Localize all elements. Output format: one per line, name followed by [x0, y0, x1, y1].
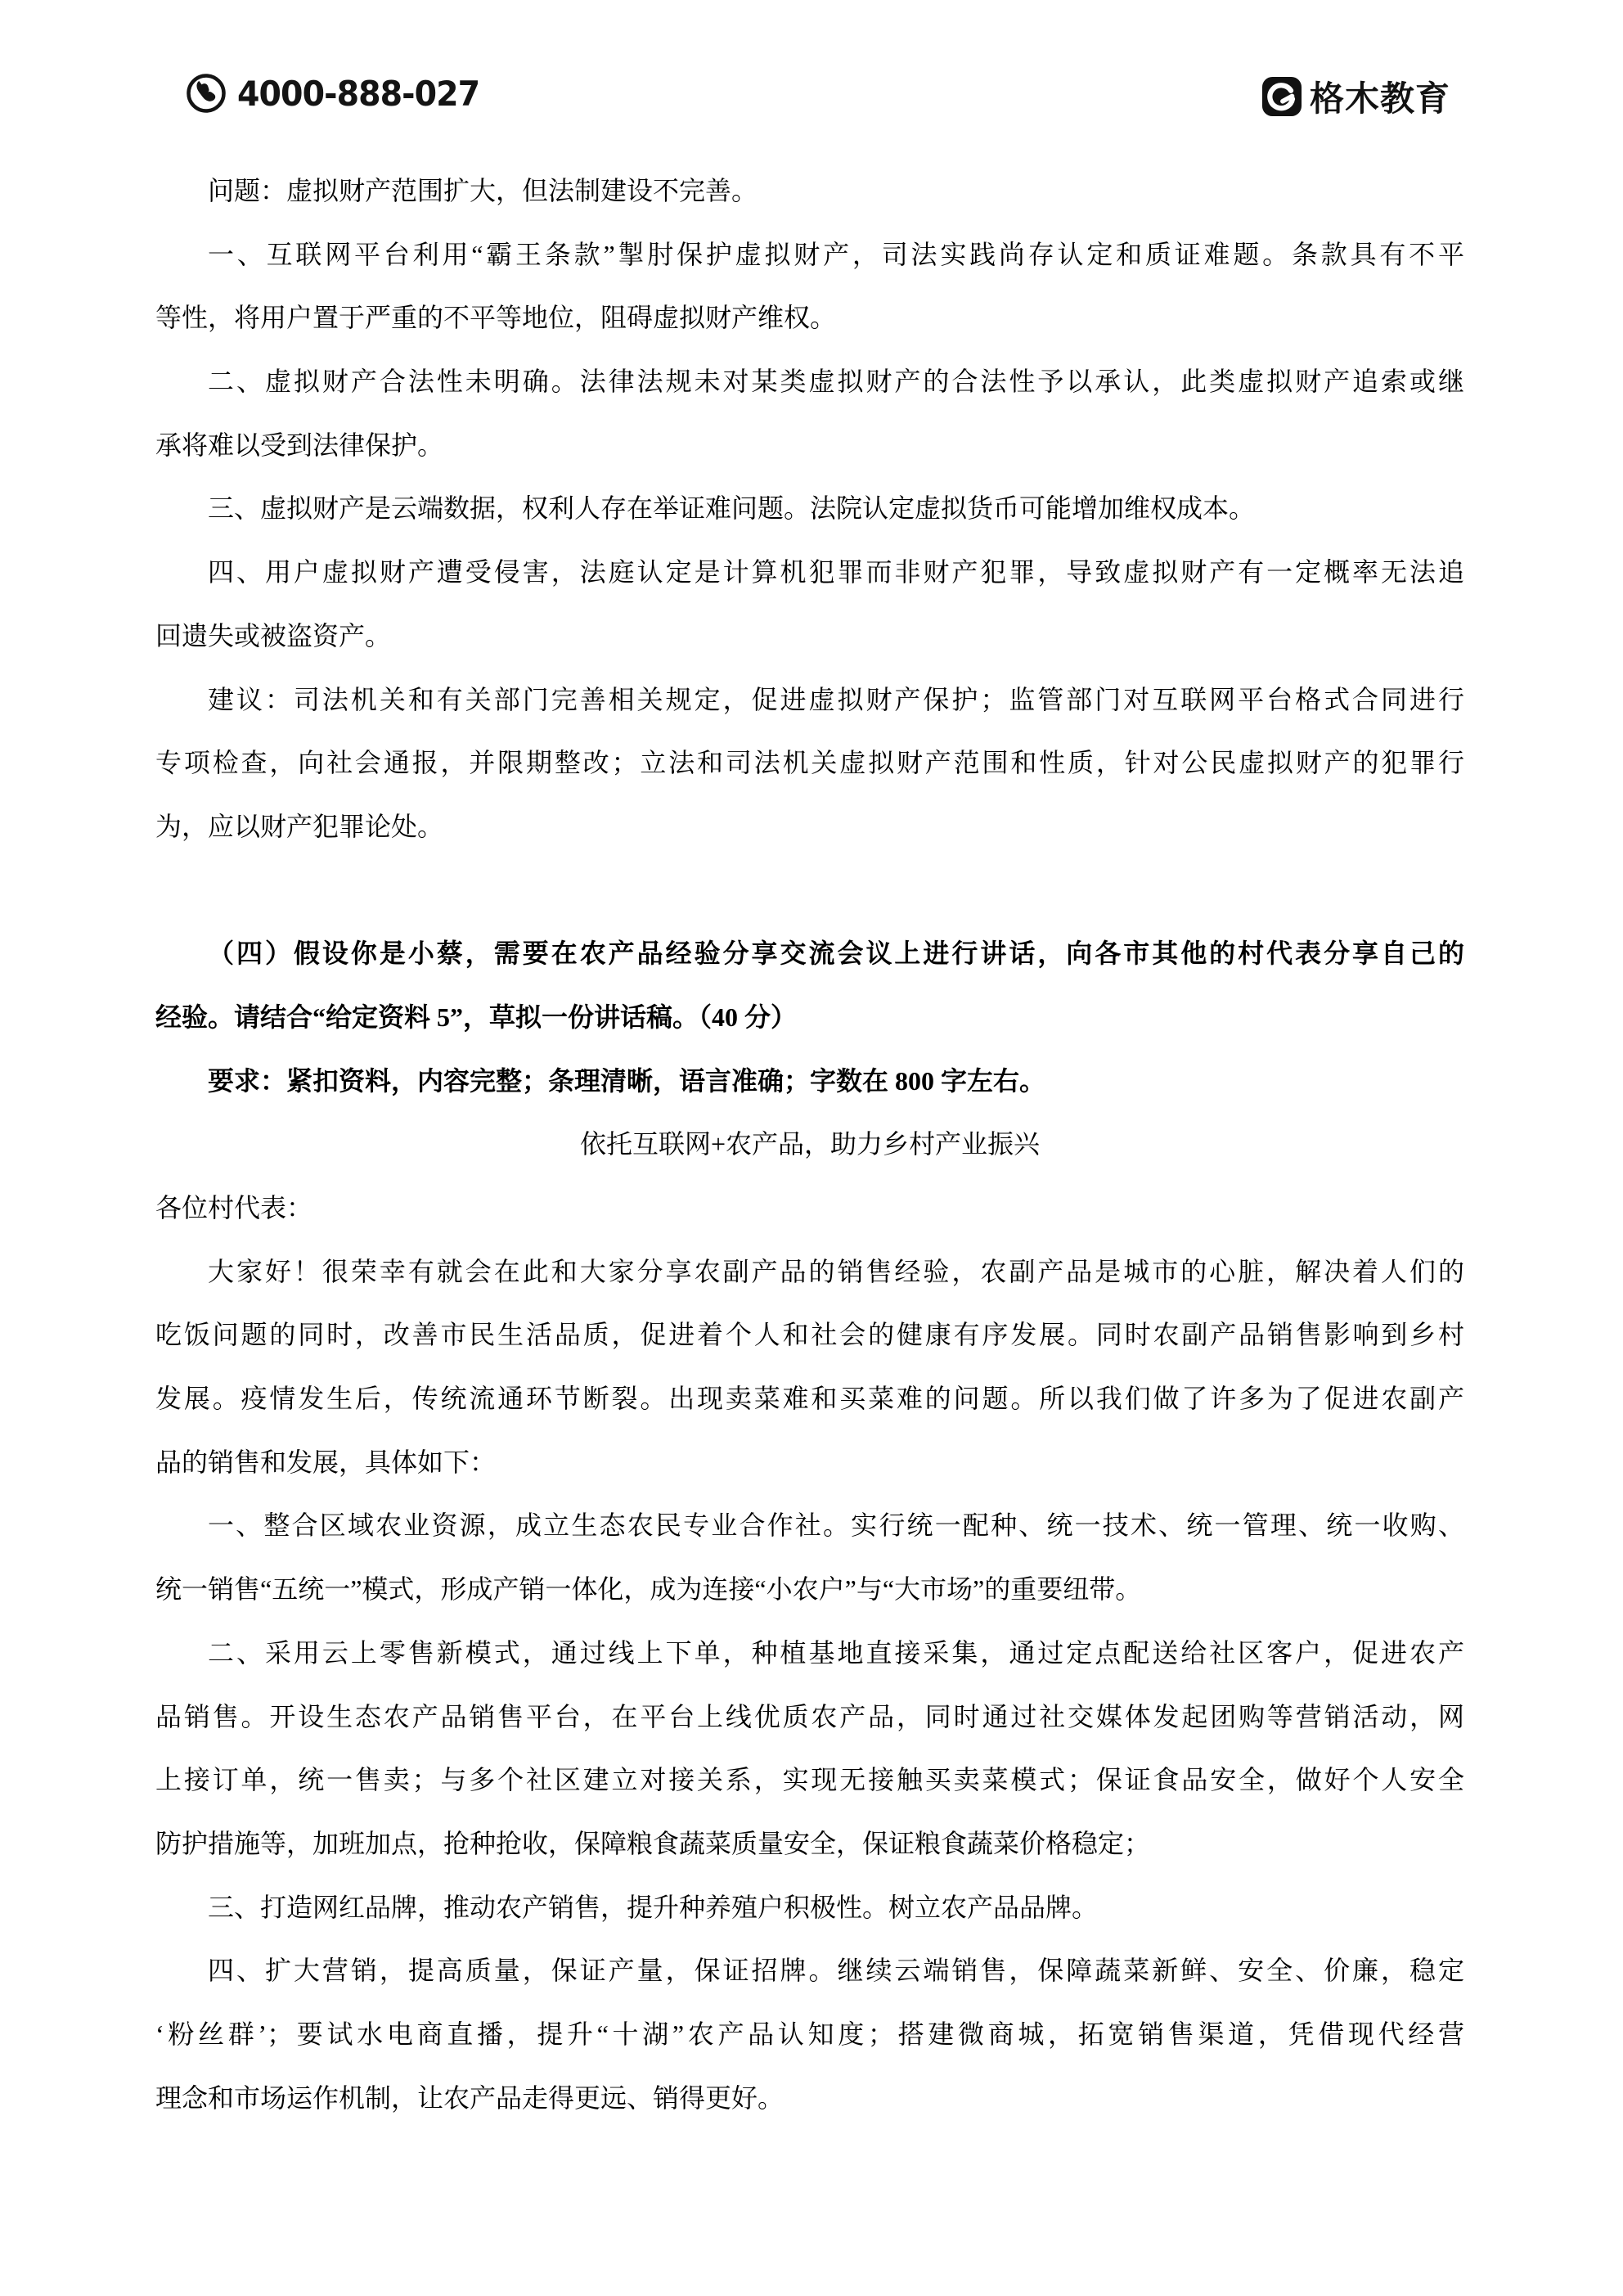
document-line: 一、互联网平台利用“霸王条款”掣肘保护虚拟财产，司法实践尚存认定和质证难题。条款… — [155, 223, 1464, 287]
document-line: 发展。疫情发生后，传统流通环节断裂。出现卖菜难和买菜难的问题。所以我们做了许多为… — [155, 1367, 1464, 1431]
document-line: ‘粉丝群’；要试水电商直播，提升“十湖”农产品认知度；搭建微商城，拓宽销售渠道，… — [155, 2003, 1464, 2067]
document-line: 二、虚拟财产合法性未明确。法律法规未对某类虚拟财产的合法性予以承认，此类虚拟财产… — [155, 350, 1464, 414]
document-line: 统一销售“五统一”模式，形成产销一体化，成为连接“小农户”与“大市场”的重要纽带… — [155, 1558, 1464, 1622]
document-line: 二、采用云上零售新模式，通过线上下单，种植基地直接采集，通过定点配送给社区客户，… — [155, 1622, 1464, 1686]
document-line: 问题：虚拟财产范围扩大，但法制建设不完善。 — [155, 160, 1464, 223]
document-line: 为，应以财产犯罪论处。 — [155, 795, 1464, 859]
document-line: 防护措施等，加班加点，抢种抢收，保障粮食蔬菜质量安全，保证粮食蔬菜价格稳定； — [155, 1812, 1464, 1876]
document-body: 问题：虚拟财产范围扩大，但法制建设不完善。一、互联网平台利用“霸王条款”掣肘保护… — [155, 160, 1464, 2130]
document-line: 要求：紧扣资料，内容完整；条理清晰，语言准确；字数在 800 字左右。 — [155, 1050, 1464, 1114]
document-line: 品销售。开设生态农产品销售平台，在平台上线优质农产品，同时通过社交媒体发起团购等… — [155, 1686, 1464, 1749]
phone-contact: 4000-888-027 — [185, 72, 495, 115]
document-line: 承将难以受到法律保护。 — [155, 414, 1464, 478]
document-page: 4000-888-027 格木教育 问题：虚拟财产范围扩大，但法制建设不完善。一… — [0, 0, 1623, 2296]
brand-name: 格木教育 — [1310, 72, 1450, 121]
document-line: 品的销售和发展，具体如下： — [155, 1431, 1464, 1495]
document-line: 经验。请结合“给定资料 5”，草拟一份讲话稿。（40 分） — [155, 986, 1464, 1050]
document-line: 吃饭问题的同时，改善市民生活品质，促进着个人和社会的健康有序发展。同时农副产品销… — [155, 1303, 1464, 1367]
document-line: 专项检查，向社会通报，并限期整改；立法和司法机关虚拟财产范围和性质，针对公民虚拟… — [155, 732, 1464, 795]
document-line: 三、打造网红品牌，推动农产销售，提升种养殖户积极性。树立农产品品牌。 — [155, 1876, 1464, 1940]
document-line: 理念和市场运作机制，让农产品走得更远、销得更好。 — [155, 2067, 1464, 2131]
document-line: 大家好！很荣幸有就会在此和大家分享农副产品的销售经验，农副产品是城市的心脏，解决… — [155, 1240, 1464, 1304]
phone-number: 4000-888-027 — [237, 74, 479, 114]
document-line: 四、扩大营销，提高质量，保证产量，保证招牌。继续云端销售，保障蔬菜新鲜、安全、价… — [155, 1939, 1464, 2003]
phone-icon — [185, 72, 227, 115]
document-line: 四、用户虚拟财产遭受侵害，法庭认定是计算机犯罪而非财产犯罪，导致虚拟财产有一定概… — [155, 541, 1464, 605]
document-line: 上接订单，统一售卖；与多个社区建立对接关系，实现无接触买卖菜模式；保证食品安全，… — [155, 1749, 1464, 1812]
page-header: 4000-888-027 格木教育 — [0, 72, 1623, 121]
blank-line — [155, 859, 1464, 923]
document-line: （四）假设你是小蔡，需要在农产品经验分享交流会议上进行讲话，向各市其他的村代表分… — [155, 922, 1464, 986]
document-line: 等性，将用户置于严重的不平等地位，阻碍虚拟财产维权。 — [155, 286, 1464, 350]
document-line: 建议：司法机关和有关部门完善相关规定，促进虚拟财产保护；监管部门对互联网平台格式… — [155, 669, 1464, 732]
gemu-logo-icon — [1261, 76, 1302, 117]
document-line: 各位村代表： — [155, 1177, 1464, 1240]
brand-logo: 格木教育 — [1261, 72, 1450, 121]
document-line: 三、虚拟财产是云端数据，权利人存在举证难问题。法院认定虚拟货币可能增加维权成本。 — [155, 477, 1464, 541]
document-line: 回遗失或被盗资产。 — [155, 605, 1464, 669]
document-line: 依托互联网+农产品，助力乡村产业振兴 — [155, 1113, 1464, 1177]
document-line: 一、整合区域农业资源，成立生态农民专业合作社。实行统一配种、统一技术、统一管理、… — [155, 1494, 1464, 1558]
